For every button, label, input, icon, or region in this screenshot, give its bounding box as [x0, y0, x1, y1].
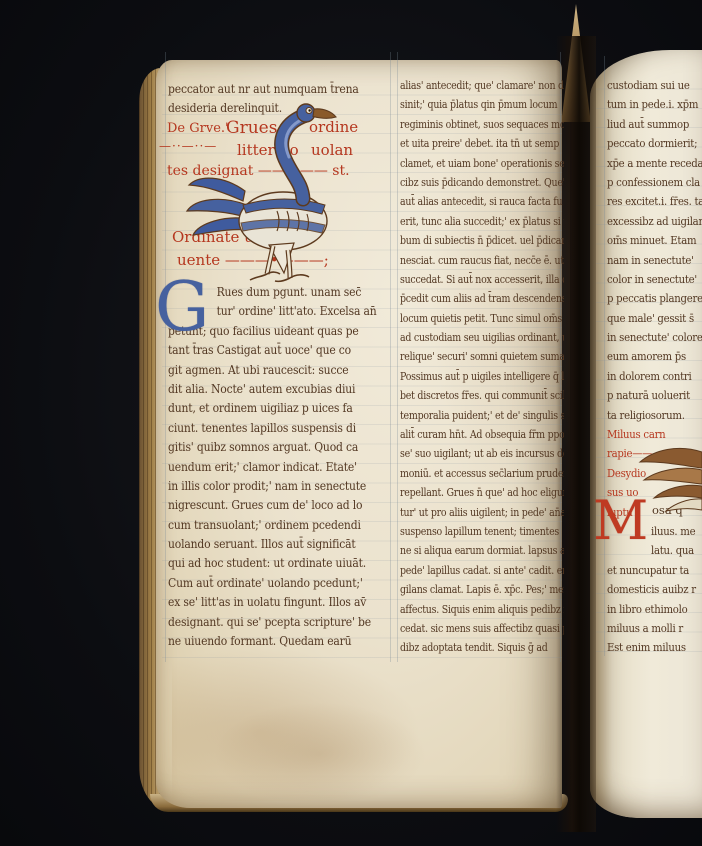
- manuscript-text-line: alias' antecedit; que' clamare' non de: [400, 76, 534, 95]
- manuscript-text-line: relique' securi' somni quietem sumant.: [400, 347, 534, 366]
- crane-tail-feather: [187, 199, 247, 217]
- manuscript-text-line: suspenso lapillum tenent; timentes: [400, 522, 534, 541]
- manuscript-text-line: uolando seruant. Illos aut̄ significāt: [168, 535, 371, 554]
- manuscript-text-line: dibz adoptata tendit. Siquis ḡ ad: [400, 638, 534, 657]
- right-page-text: custodiam sui uetum in pede.i. xp̄mliud …: [607, 76, 702, 658]
- manuscript-text-line: tur' ut pro aliis uigilent; in pede' an̄…: [400, 503, 534, 522]
- manuscript-text-line: in dolorem contri: [607, 367, 691, 386]
- manuscript-text-line: Cum aut̄ ordinate' uolando pcedunt;': [168, 574, 371, 593]
- manuscript-text-line: repellant. Grues n̄ que' ad hoc eligun: [400, 483, 534, 502]
- manuscript-text-line: et nuncupatur ta: [607, 561, 691, 580]
- manuscript-text-line: ciunt. tenentes lapillos suspensis di: [168, 419, 371, 438]
- manuscript-text-line: erit, tunc alia succedit;' ex p̄latus si…: [400, 212, 534, 231]
- crane-tail-feather: [189, 178, 245, 201]
- manuscript-text-line: peccato dormierit;: [607, 134, 691, 153]
- manuscript-text-line: in libro ethimolo: [607, 600, 691, 619]
- manuscript-text-line: moniū. et accessus sec̄larium prudent': [400, 464, 534, 483]
- manuscript-text-line: alit̄ curam hn̄t. Ad obsequia fr̄m ppos: [400, 425, 534, 444]
- manuscript-text-line: aut̄ alias antecedit, si rauca facta fu: [400, 192, 534, 211]
- manuscript-text-line: bet discretos fr̄es. qui communit̄ scibz…: [400, 386, 534, 405]
- manuscript-text-line: p peccatis plangere: [607, 289, 691, 308]
- illuminated-initial-g: G: [155, 274, 209, 342]
- manuscript-text-line: git agmen. At ubi raucescit: succe: [168, 361, 371, 380]
- manuscript-text-line: custodiam sui ue: [607, 76, 691, 95]
- manuscript-text-line: p confessionem cla: [607, 173, 691, 192]
- manuscript-text-line: ad custodiam seu uigilias ordinant, ut: [400, 328, 534, 347]
- manuscript-text-line: miluus a molli r: [607, 619, 691, 638]
- manuscript-text-line: ex se' litt'as in uolatu fingunt. Illos …: [168, 593, 371, 612]
- manuscript-text-line: que male' gessit s̄: [607, 309, 691, 328]
- manuscript-text-line: domesticis auibz r: [607, 580, 691, 599]
- manuscript-text-line: Est enim miluus: [607, 638, 691, 657]
- manuscript-text-line: Possimus aut̄ p uigiles intelligere q̄ l…: [400, 367, 534, 386]
- manuscript-text-line: in senectute' colore: [607, 328, 691, 347]
- manuscript-text-line: nesciat. cum raucus fiat, necc̄e ē. ut …: [400, 251, 534, 270]
- manuscript-text-line: ne uiuendo formant. Quedam earū: [168, 632, 371, 651]
- manuscript-text-line: in illis color prodit;' nam in senectute: [168, 477, 371, 496]
- manuscript-text-line: clamet, et uiam bone' operationis sequa: [400, 154, 534, 173]
- manuscript-text-line: excessibz ad uigilan: [607, 212, 691, 231]
- manuscript-text-line: color in senectute': [607, 270, 691, 289]
- crane-head: [297, 104, 315, 122]
- manuscript-text-line: p naturā uoluerit: [607, 386, 691, 405]
- manuscript-text-line: res excitet.i. fr̄es. ta: [607, 192, 691, 211]
- crane-pupil: [308, 109, 310, 111]
- manuscript-text-line: ne si aliqua earum dormiat. lapsus a: [400, 541, 534, 560]
- manuscript-text-line: locum quietis petit. Tunc simul om̄s: [400, 309, 534, 328]
- manuscript-text-line: dunt, et ordinem uigiliaz p uices fa: [168, 399, 371, 418]
- kite-wing-feather: [640, 448, 702, 468]
- manuscript-text-line: cedat. sic mens suis affectibz quasi pe: [400, 619, 534, 638]
- manuscript-text-line: succedat. Si aut̄ nox accesserit, illa q…: [400, 270, 534, 289]
- manuscript-text-line: cum transuolant;' ordinem pcedendi: [168, 516, 371, 535]
- kite-illustration: [636, 444, 702, 518]
- manuscript-text-line: sinit;' quia p̄latus qin p̄mum locum: [400, 95, 534, 114]
- manuscript-text-line: bum di subiectis n̄ p̄dicet. uel p̄dicar…: [400, 231, 534, 250]
- kite-wing-feather: [666, 499, 702, 511]
- manuscript-text-line: regiminis obtinet, suos sequaces moribz;: [400, 115, 534, 134]
- crane-neck: [282, 115, 306, 199]
- manuscript-text-line: cibz suis p̄dicando demonstret. Que': [400, 173, 534, 192]
- crane-beak: [313, 109, 336, 118]
- manuscript-text-line: affectus. Siquis enim aliquis pedibz m: [400, 600, 534, 619]
- manuscript-text-line: nam in senectute': [607, 251, 691, 270]
- manuscript-text-line: Miluus carn: [607, 425, 691, 444]
- kite-wing-feather: [644, 468, 702, 484]
- manuscript-text-line: p̄cedit cum aliis ad t̄ram descendens.: [400, 289, 534, 308]
- manuscript-text-line: om̄s minuet. Etam: [607, 231, 691, 250]
- manuscript-text-line: dit alia. Nocte' autem excubias diui: [168, 380, 371, 399]
- crane-illustration: [185, 93, 395, 289]
- manuscript-text-line: se' suo uigilant; ut ab eis incursus de: [400, 444, 534, 463]
- manuscript-text-line: pede' lapillus cadat. si ante' cadit. em: [400, 561, 534, 580]
- manuscript-text-line: nigrescunt. Grues cum de' loco ad lo: [168, 496, 371, 515]
- manuscript-text-line: gilans clamat. Lapis ē. xp̄c. Pes;' men…: [400, 580, 534, 599]
- manuscript-text-line: gitis' quibz somnos arguat. Quod ca: [168, 438, 371, 457]
- column-2-text: alias' antecedit; que' clamare' non desi…: [400, 76, 564, 658]
- manuscript-text-line: liud aut̄ summop: [607, 115, 691, 134]
- manuscript-text-line: qui ad hoc student: ut ordinate uiuāt.: [168, 554, 371, 573]
- manuscript-text-line: tum in pede.i. xp̄m: [607, 95, 691, 114]
- manuscript-text-line: et uita preire' debet. ita tn̄ ut semp: [400, 134, 534, 153]
- manuscript-text-line: uendum erit;' clamor indicat. Etate': [168, 458, 371, 477]
- manuscript-text-line: temporalia puident;' et de' singulis spe…: [400, 406, 534, 425]
- manuscript-text-line: ta religiosorum.: [607, 406, 691, 425]
- kite-wing-feather: [654, 485, 702, 498]
- manuscript-text-line: xp̄e a mente receda: [607, 154, 691, 173]
- manuscript-photo: peccator aut nr aut numquam t̄renadeside…: [0, 0, 702, 846]
- manuscript-text-line: designant. qui se' pcepta scripture' be: [168, 613, 371, 632]
- manuscript-text-line: eum amorem p̄s: [607, 347, 691, 366]
